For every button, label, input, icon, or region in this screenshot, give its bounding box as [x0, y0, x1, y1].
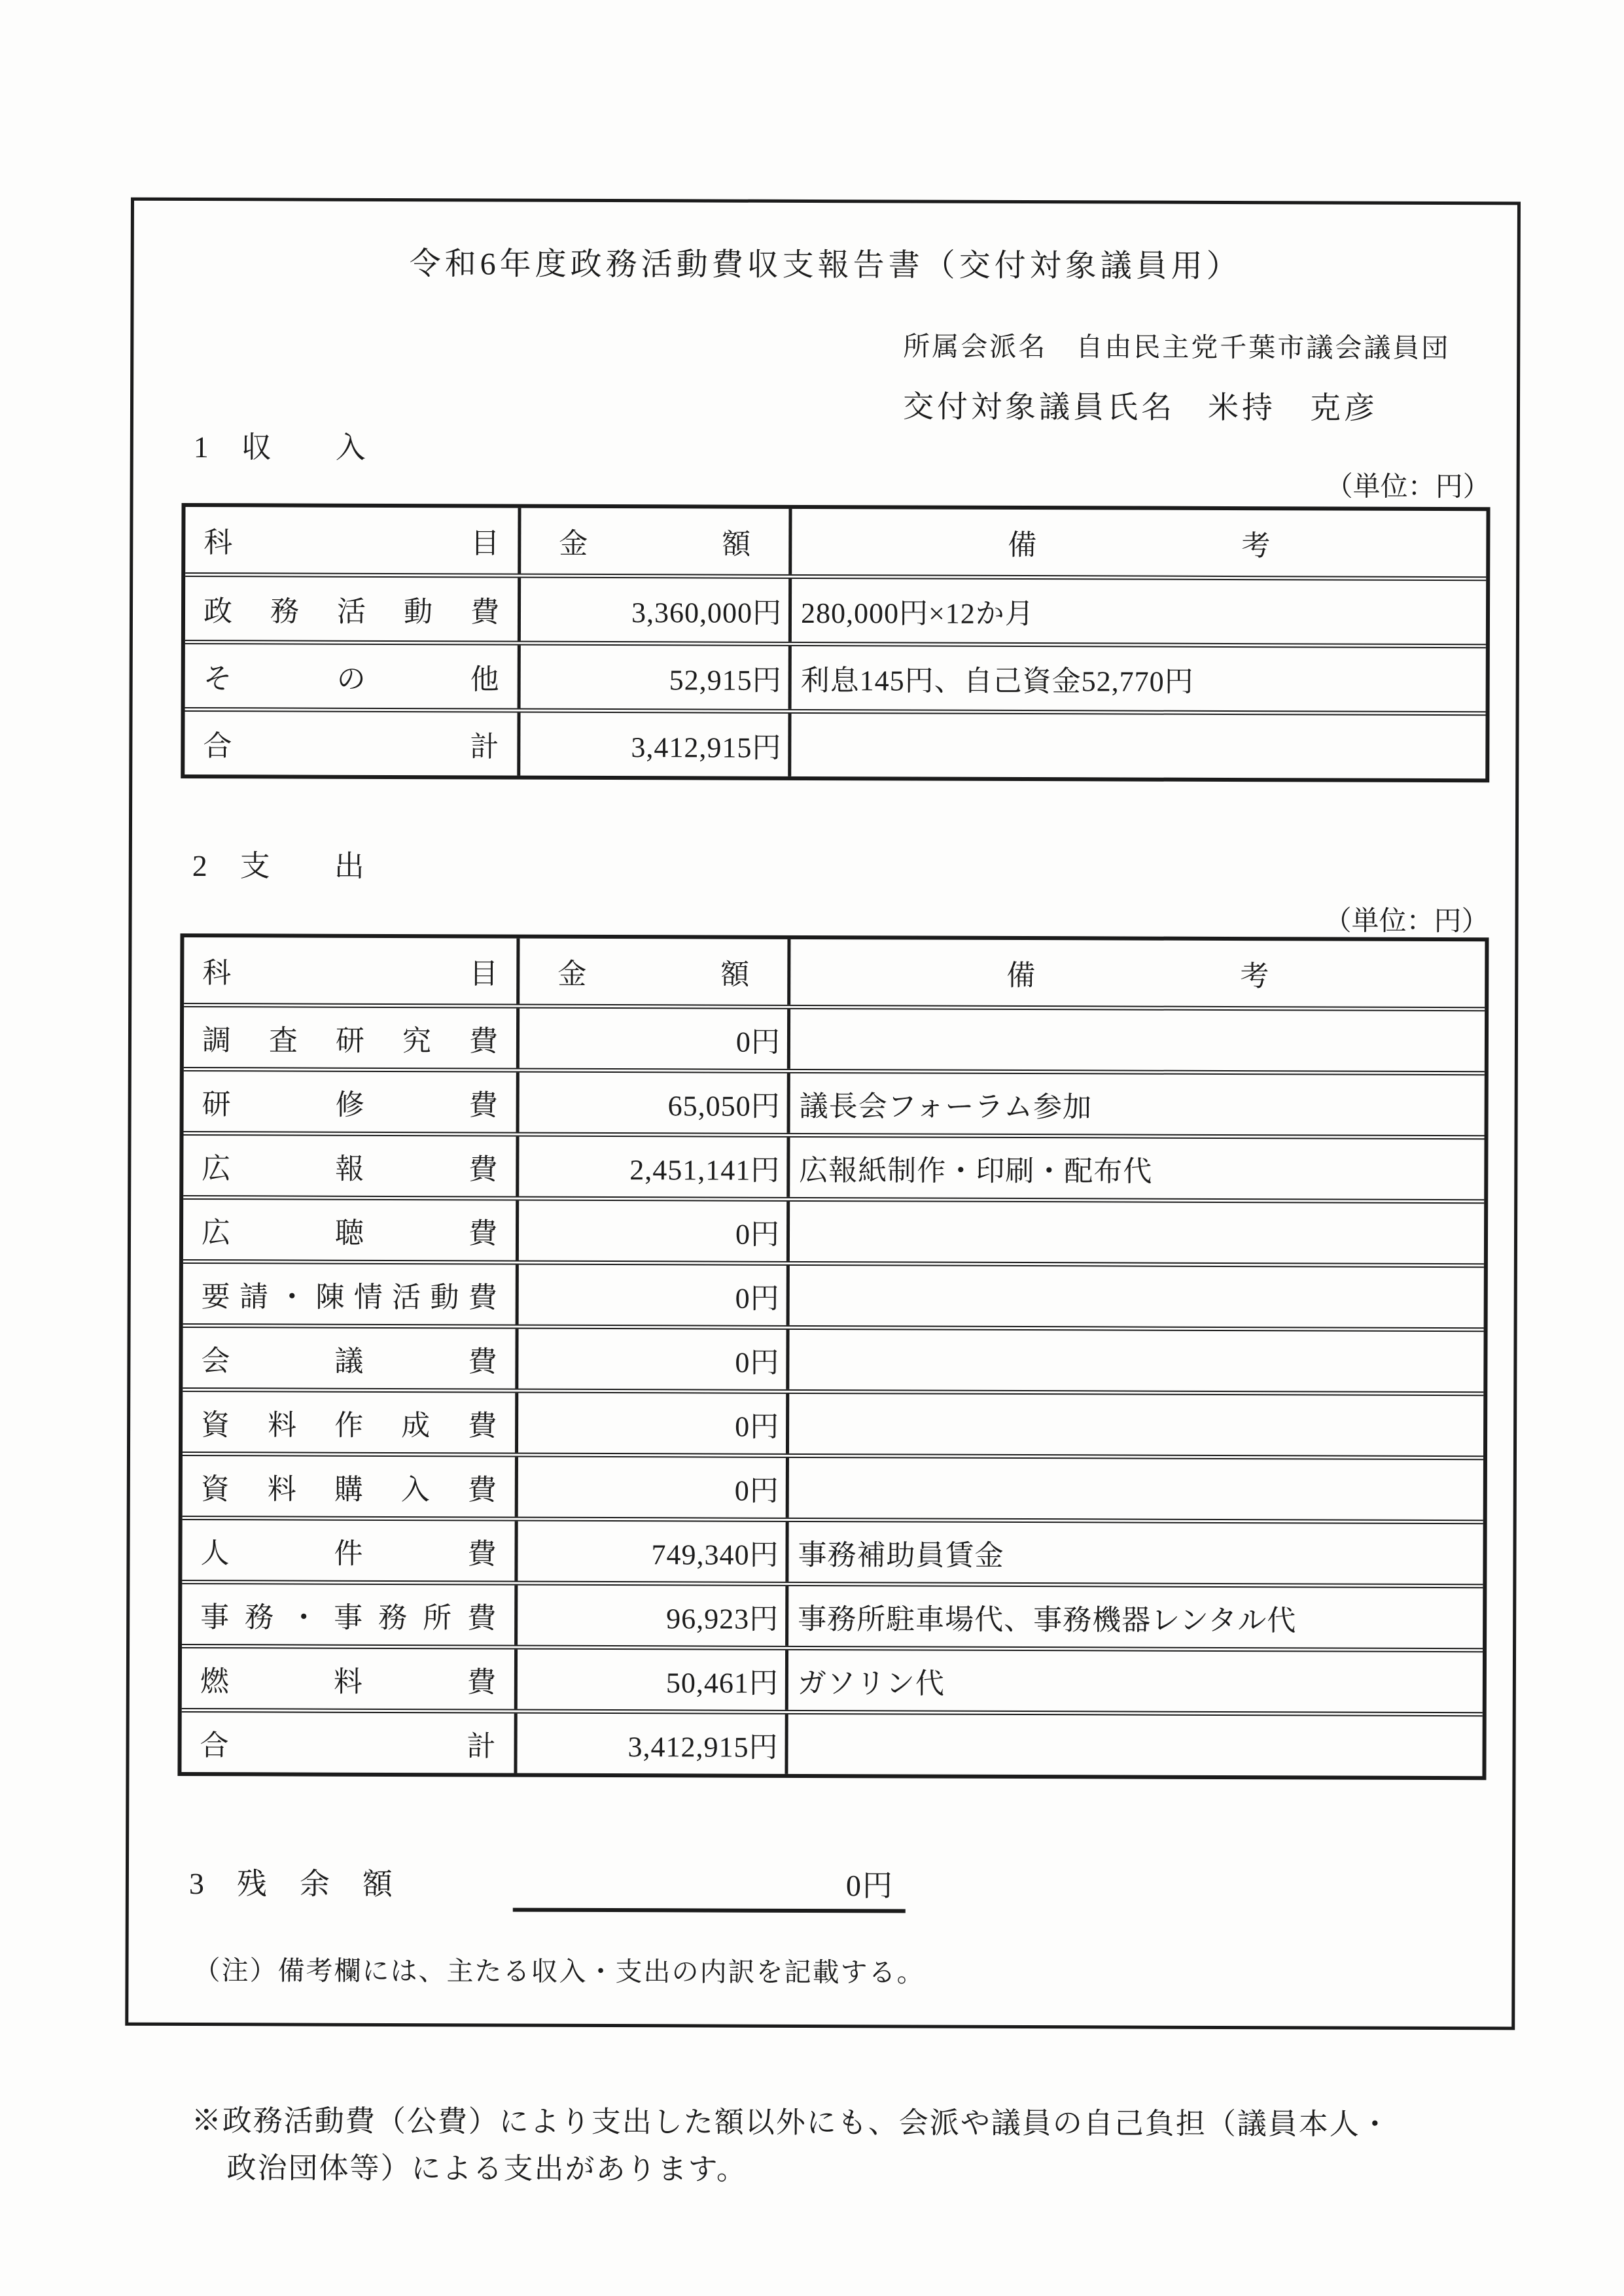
note-cell: 利息145円、自己資金52,770円: [792, 646, 1486, 711]
income-header-row: 科目 金額 備考: [185, 507, 1486, 576]
expense-row-jimusho: 事務・事務所費 96,923円 事務所駐車場代、事務機器レンタル代: [182, 1580, 1483, 1648]
note-cell: 事務補助員賃金: [788, 1522, 1483, 1584]
income-table: 科目 金額 備考 政務活動費 3,360,000円 280,000円×12か月 …: [181, 503, 1490, 782]
note-cell: [788, 1714, 1482, 1776]
affiliation-line: 所属会派名自由民主党千葉市議会議員団: [903, 324, 1450, 365]
note-cell: ガソリン代: [788, 1650, 1483, 1712]
income-header-amount: 金額: [521, 508, 792, 574]
expense-header-row: 科目 金額 備考: [184, 937, 1485, 1007]
note-cell: [789, 1330, 1483, 1391]
note-cell: 議長会フォーラム参加: [790, 1073, 1485, 1135]
expense-unit-note: （単位：円）: [1096, 898, 1489, 939]
expense-row-yosei-chinjo: 要請・陳情活動費 0円: [183, 1259, 1484, 1327]
expense-section-heading: 2 支 出: [192, 842, 366, 886]
item-cell: 研修費: [184, 1071, 520, 1132]
member-label: 交付対象議員氏名: [903, 390, 1175, 425]
item-cell: 広聴費: [183, 1200, 519, 1261]
item-cell: その他: [185, 644, 521, 708]
expense-row-kenshu: 研修費 65,050円 議長会フォーラム参加: [184, 1067, 1485, 1135]
amount-cell: 2,451,141円: [519, 1137, 790, 1197]
note-cell: 広報紙制作・印刷・配布代: [790, 1138, 1484, 1199]
amount-cell: 3,412,915円: [520, 713, 791, 776]
footnote-line-2: 政治団体等）による支出があります。: [226, 2144, 747, 2187]
amount-cell: 96,923円: [518, 1586, 788, 1646]
amount-cell: 3,360,000円: [521, 578, 792, 642]
amount-cell: 52,915円: [521, 646, 792, 709]
member-line: 交付対象議員氏名米持 克彦: [903, 382, 1378, 427]
note-cell: [790, 1266, 1484, 1327]
sheet: 令和6年度政務活動費収支報告書（交付対象議員用） 所属会派名自由民主党千葉市議会…: [0, 0, 1624, 2296]
item-cell: 資料購入費: [183, 1456, 518, 1517]
amount-cell: 50,461円: [518, 1650, 788, 1710]
note-cell: [791, 714, 1485, 778]
amount-cell: 0円: [518, 1457, 789, 1518]
item-cell: 燃料費: [182, 1648, 518, 1709]
affiliation-value: 自由民主党千葉市議会議員団: [1076, 332, 1450, 363]
expense-row-total: 合計 3,412,915円: [181, 1708, 1482, 1776]
item-cell: 広報費: [183, 1136, 519, 1196]
note-cell: [789, 1458, 1483, 1520]
expense-row-jinkenhi: 人件費 749,340円 事務補助員賃金: [182, 1516, 1483, 1584]
amount-cell: 3,412,915円: [517, 1714, 788, 1774]
member-value: 米持 克彦: [1208, 391, 1378, 426]
item-cell: 合計: [181, 1713, 517, 1773]
income-row-sonota: その他 52,915円 利息145円、自己資金52,770円: [185, 640, 1486, 711]
expense-table: 科目 金額 備考 調査研究費 0円 研修費 65,050円 議長会フォーラム参加…: [177, 933, 1489, 1780]
expense-row-koho: 広報費 2,451,141円 広報紙制作・印刷・配布代: [183, 1131, 1484, 1199]
balance-value: 0円: [521, 1861, 894, 1905]
note-cell: [789, 1394, 1483, 1455]
amount-cell: 65,050円: [520, 1073, 790, 1133]
item-cell: 人件費: [182, 1520, 518, 1581]
amount-cell: 0円: [518, 1393, 789, 1453]
expense-header-amount: 金額: [520, 939, 790, 1005]
item-cell: 事務・事務所費: [182, 1584, 518, 1645]
expense-row-kaigi: 会議費 0円: [183, 1323, 1483, 1391]
expense-row-chosakenkyu: 調査研究費 0円: [184, 1003, 1485, 1071]
income-header-note: 備考: [792, 509, 1486, 576]
expense-row-shiryokonyu: 資料購入費 0円: [183, 1452, 1483, 1520]
balance-heading: 3 残 余 額: [189, 1860, 394, 1904]
note-cell: [790, 1202, 1484, 1263]
amount-cell: 749,340円: [518, 1522, 788, 1582]
expense-header-item: 科目: [184, 937, 520, 1004]
note-cell: [790, 1009, 1485, 1071]
item-cell: 政務活動費: [185, 577, 521, 641]
scanned-page: 令和6年度政務活動費収支報告書（交付対象議員用） 所属会派名自由民主党千葉市議会…: [0, 0, 1624, 2296]
amount-cell: 0円: [518, 1329, 789, 1389]
expense-row-kocho: 広聴費 0円: [183, 1195, 1484, 1263]
item-cell: 資料作成費: [183, 1392, 518, 1453]
item-cell: 合計: [185, 712, 520, 776]
amount-cell: 0円: [519, 1265, 790, 1325]
item-cell: 会議費: [183, 1328, 518, 1389]
income-unit-note: （単位：円）: [1098, 464, 1491, 504]
footnote-line-1: ※政務活動費（公費）により支出した額以外にも、会派や議員の自己負担（議員本人・: [192, 2096, 1391, 2143]
item-cell: 要請・陳情活動費: [183, 1264, 519, 1325]
table-note: （注）備考欄には、主たる収入・支出の内訳を記載する。: [193, 1949, 925, 1990]
income-row-seimukatsudohi: 政務活動費 3,360,000円 280,000円×12か月: [185, 572, 1486, 644]
affiliation-label: 所属会派名: [903, 331, 1047, 362]
note-cell: 280,000円×12か月: [792, 579, 1486, 644]
amount-cell: 0円: [520, 1009, 790, 1069]
amount-cell: 0円: [519, 1201, 790, 1261]
document-title: 令和6年度政務活動費収支報告書（交付対象議員用）: [131, 237, 1521, 287]
income-row-total: 合計 3,412,915円: [185, 707, 1485, 778]
expense-row-nenryo: 燃料費 50,461円 ガソリン代: [182, 1644, 1483, 1712]
expense-header-note: 備考: [790, 939, 1485, 1007]
note-cell: 事務所駐車場代、事務機器レンタル代: [788, 1586, 1483, 1648]
expense-row-shiryosakusei: 資料作成費 0円: [183, 1387, 1483, 1455]
item-cell: 調査研究費: [184, 1007, 520, 1068]
income-section-heading: 1 収 入: [194, 423, 367, 467]
income-header-item: 科目: [185, 507, 521, 574]
